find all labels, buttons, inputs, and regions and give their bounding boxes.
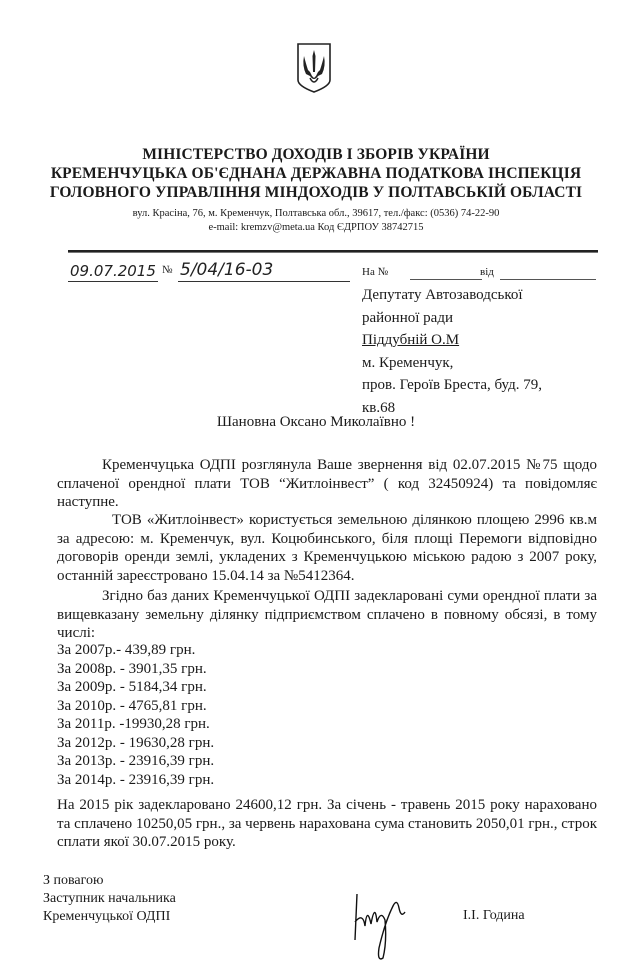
recipient-line2: районної ради: [362, 307, 542, 330]
outgoing-date: 09.07.2015: [70, 262, 156, 280]
recipient-street: пров. Героїв Бреста, буд. 79,: [362, 374, 542, 397]
ukraine-trident-coat-of-arms-icon: [296, 42, 332, 94]
payment-item: За 2008р. - 3901,35 грн.: [57, 660, 214, 679]
reply-to-blank: [410, 279, 482, 280]
paragraph-1: Кременчуцька ОДПІ розглянула Ваше зверне…: [57, 456, 597, 512]
payment-item: За 2011р. -19930,28 грн.: [57, 715, 214, 734]
handwritten-signature-icon: [345, 882, 415, 962]
department-title: ГОЛОВНОГО УПРАВЛІННЯ МІНДОХОДІВ У ПОЛТАВ…: [0, 184, 632, 202]
signer-position-2: Кременчуцької ОДПІ: [43, 908, 176, 926]
outgoing-number: 5/04/16-03: [180, 260, 273, 280]
recipient-city: м. Кременчук,: [362, 352, 542, 375]
payment-item: За 2014р. - 23916,39 грн.: [57, 771, 214, 790]
ministry-title: МІНІСТЕРСТВО ДОХОДІВ І ЗБОРІВ УКРАЇНИ: [0, 146, 632, 164]
payment-item: За 2007р.- 439,89 грн.: [57, 641, 214, 660]
paragraph-4: На 2015 рік задекларовано 24600,12 грн. …: [57, 796, 597, 852]
recipient-line1: Депутату Автозаводської: [362, 284, 542, 307]
from-label: від: [480, 266, 494, 278]
signature-block: З повагою Заступник начальника Кременчуц…: [43, 872, 176, 926]
greeting: Шановна Оксано Миколаївно !: [0, 414, 632, 431]
signer-name: І.І. Година: [463, 908, 525, 924]
number-underline: [178, 281, 350, 282]
from-date-blank: [500, 279, 596, 280]
signer-position-1: Заступник начальника: [43, 890, 176, 908]
date-underline: [68, 281, 158, 282]
office-contacts: e-mail: kremzv@meta.ua Код ЄДРПОУ 387427…: [0, 222, 632, 233]
paragraph-3: Згідно баз даних Кременчуцької ОДПІ заде…: [57, 587, 597, 643]
payment-item: За 2010р. - 4765,81 грн.: [57, 697, 214, 716]
closing: З повагою: [43, 872, 176, 890]
payment-item: За 2013р. - 23916,39 грн.: [57, 752, 214, 771]
number-label: №: [162, 264, 173, 276]
inspection-title: КРЕМЕНЧУЦЬКА ОБ'ЄДНАНА ДЕРЖАВНА ПОДАТКОВ…: [0, 165, 632, 183]
letterhead-divider: [68, 250, 598, 253]
office-address: вул. Красіна, 76, м. Кременчук, Полтавсь…: [0, 208, 632, 219]
paragraph-2: ТОВ «Житлоінвест» користується земельною…: [57, 511, 597, 585]
recipient-block: Депутату Автозаводської районної ради Пі…: [362, 284, 542, 419]
payment-item: За 2009р. - 5184,34 грн.: [57, 678, 214, 697]
recipient-name: Піддубній О.М: [362, 329, 542, 352]
payments-list: За 2007р.- 439,89 грн. За 2008р. - 3901,…: [57, 641, 214, 789]
reply-to-label: На №: [362, 266, 388, 278]
payment-item: За 2012р. - 19630,28 грн.: [57, 734, 214, 753]
